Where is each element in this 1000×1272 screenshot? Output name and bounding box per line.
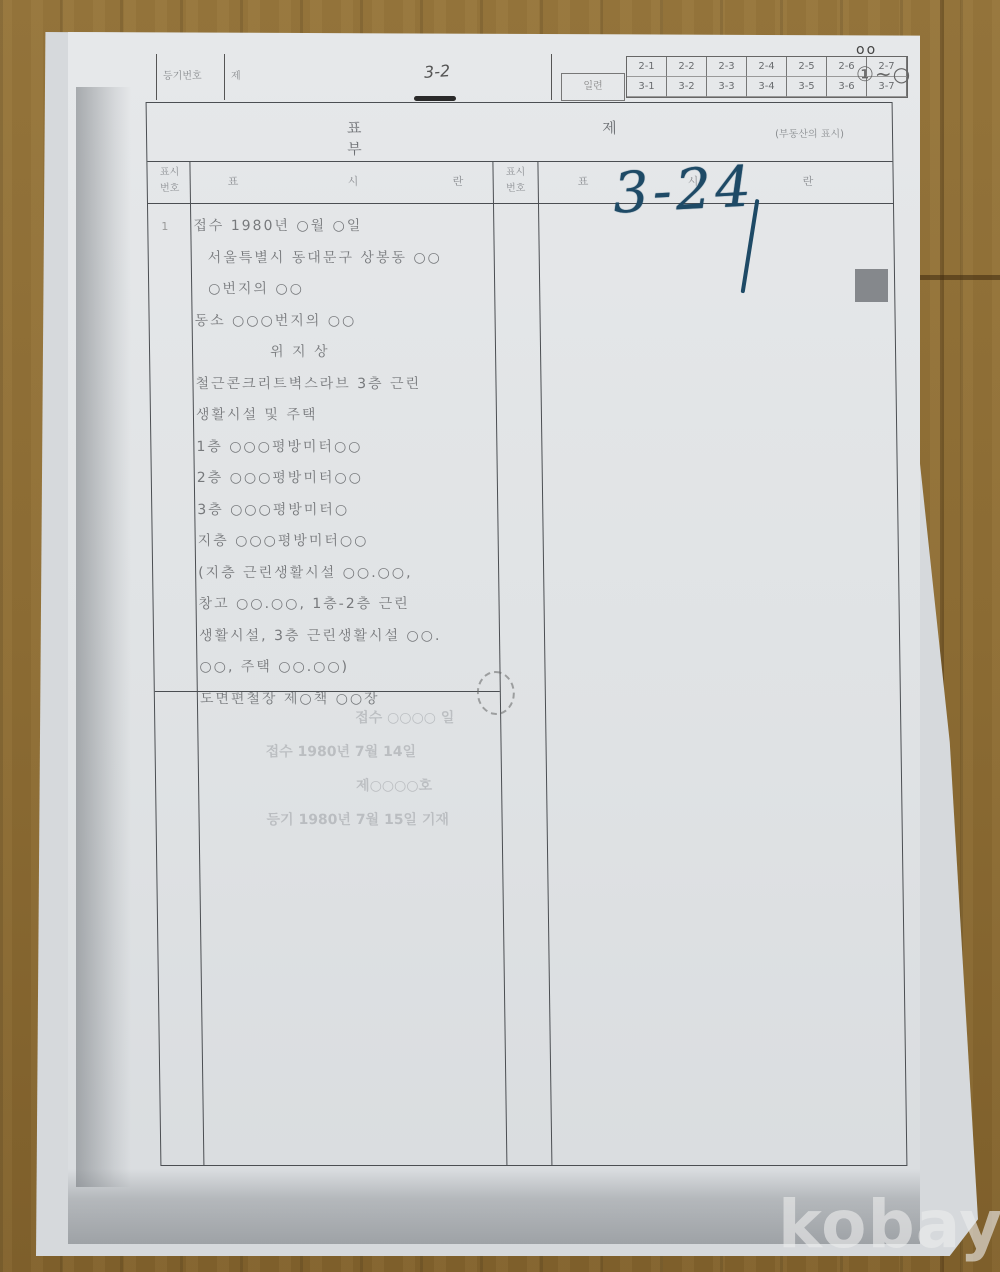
entry-line: 동소 ○○○번지의 ○○ xyxy=(194,306,494,338)
handwritten-page-number: 3-24 xyxy=(611,154,756,226)
header-detail-right-3: 란 xyxy=(803,173,814,189)
column-divider xyxy=(537,161,552,1165)
entry-line: 창고 ○○.○○, 1층-2층 근린 xyxy=(198,589,498,621)
entry-line: 철근콘크리트벽스라브 3층 근린 xyxy=(195,369,495,401)
entry-line: (지층 근린생활시설 ○○.○○, xyxy=(198,558,498,590)
ghost-line: 등기 1980년 7월 15일 기재 xyxy=(266,803,456,837)
register-entry: 1 접수 1980년 ○월 ○일 서울특별시 동대문구 상봉동 ○○ ○번지의 … xyxy=(193,211,500,715)
header-detail-right-1: 표 xyxy=(578,173,589,189)
ghost-line: 제○○○○호 xyxy=(266,769,456,803)
registry-number-label: 등기번호 xyxy=(156,54,218,100)
entry-line: 서울특별시 동대문구 상봉동 ○○ xyxy=(194,243,494,275)
header-text: 번호 xyxy=(152,181,188,197)
header-detail-left-3: 란 xyxy=(453,173,464,189)
entry-line: 1층 ○○○평방미터○○ xyxy=(196,432,496,464)
header-display-number-left: 표시 번호 xyxy=(151,165,187,197)
register-document-page: 등기번호 제 3-2 일련 2-1 2-2 2-3 2-4 2-5 2-6 2-… xyxy=(68,32,920,1244)
header-divider xyxy=(551,54,558,100)
header-text: 번호 xyxy=(498,181,534,197)
ghost-line: 접수 1980년 7월 14일 xyxy=(265,735,455,769)
entry-line: ○○, 주택 ○○.○○) xyxy=(199,652,499,684)
entry-line: 위 지 상 xyxy=(195,337,495,369)
scan-shadow-left xyxy=(76,87,131,1187)
marker-underline xyxy=(414,96,456,101)
page-range-indicator: ①~○ xyxy=(856,62,911,86)
entry-separator-line xyxy=(155,691,500,692)
handwritten-marks: oo xyxy=(856,42,877,58)
grid-cell: 3-2 xyxy=(667,77,707,97)
entry-line: 3층 ○○○평방미터○ xyxy=(197,495,497,527)
handwritten-number-text: 3-24 xyxy=(611,154,756,226)
entry-line: 접수 1980년 ○월 ○일 xyxy=(193,211,493,243)
kobay-watermark: kobay xyxy=(778,1186,1000,1263)
header-text: 표시 xyxy=(497,165,533,181)
header-display-number-right: 표시 번호 xyxy=(497,165,533,197)
title-section-table: 표 제 부 (부동산의 표시) 표시 번호 표 시 란 표시 번호 표 시 란 … xyxy=(146,102,908,1166)
grid-cell: 2-3 xyxy=(707,57,747,77)
ghost-line: 접수 ○○○○ 일 xyxy=(265,701,455,735)
grid-cell: 3-5 xyxy=(787,77,827,97)
entry-line: 생활시설, 3층 근린생활시설 ○○. xyxy=(199,621,499,653)
entry-index: 1 xyxy=(161,211,170,243)
section-title-row: 표 제 부 (부동산의 표시) xyxy=(147,103,893,162)
entry-line: 생활시설 및 주택 xyxy=(196,400,496,432)
entry-line: ○번지의 ○○ xyxy=(194,274,494,306)
grid-cell: 3-4 xyxy=(747,77,787,97)
handwritten-registry-note: 3-2 xyxy=(423,61,450,82)
entry-line: 지층 ○○○평방미터○○ xyxy=(197,526,497,558)
grid-cell: 2-2 xyxy=(667,57,707,77)
section-subtitle: (부동산의 표시) xyxy=(775,125,844,140)
grid-cell: 2-5 xyxy=(787,57,827,77)
grid-cell: 2-1 xyxy=(627,57,667,77)
bleed-through-text: 접수 ○○○○ 일 접수 1980년 7월 14일 제○○○○호 등기 1980… xyxy=(265,701,456,837)
entry-line: 2층 ○○○평방미터○○ xyxy=(197,463,497,495)
grid-cell: 2-4 xyxy=(747,57,787,77)
header-detail-left-2: 시 xyxy=(348,173,359,189)
header-detail-left-1: 표 xyxy=(228,173,239,189)
column-header-row: 표시 번호 표 시 란 표시 번호 표 시 란 xyxy=(147,161,893,204)
grid-cell: 3-3 xyxy=(707,77,747,97)
header-text: 표시 xyxy=(151,165,187,181)
sequence-label: 일련 xyxy=(561,73,625,101)
grid-cell: 3-1 xyxy=(627,77,667,97)
document-top-header: 등기번호 제 3-2 일련 2-1 2-2 2-3 2-4 2-5 2-6 2-… xyxy=(156,54,856,100)
official-seal-stamp xyxy=(477,671,516,715)
registry-number-prefix: 제 xyxy=(224,54,251,100)
